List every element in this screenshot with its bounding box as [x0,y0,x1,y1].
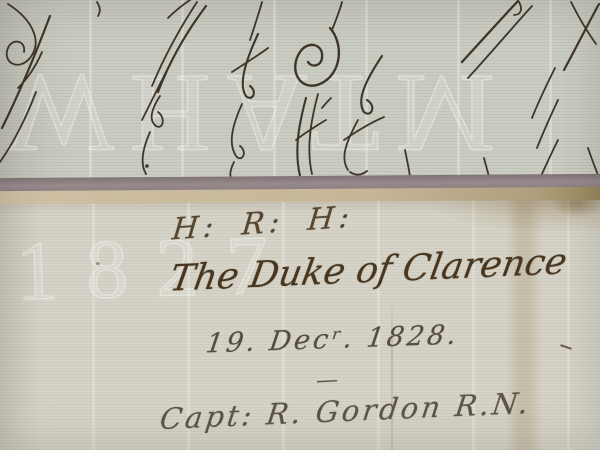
ink-fragment-tick [97,2,100,16]
ink-fragment-far-right [564,2,600,178]
ink-fragment-descender [344,56,410,177]
ink-fragment-loops [142,0,206,174]
ink-fragment-right [462,1,558,177]
ink-fragment-loop-letter [295,2,342,176]
separator-dash: — [315,367,338,393]
bottom-sheet: 1827 H: R: H: The Duke of Clarence 19. D… [0,200,600,450]
ink-fragment-squiggle [230,2,268,178]
address-line-hrh: H: R: H: [170,199,356,247]
ink-fragment-left [0,4,50,162]
ink-speck [96,262,100,265]
letter-photo: WHATM [0,0,600,450]
ink-tick [560,344,572,350]
top-sheet: WHATM [0,0,600,178]
paper-crease [391,295,393,450]
sender-line-capt-gordon: Capt: R. Gordon R.N. [158,386,533,436]
handwriting-fragments [0,0,600,178]
date-line: 19. Decʳ. 1828. [204,319,461,359]
